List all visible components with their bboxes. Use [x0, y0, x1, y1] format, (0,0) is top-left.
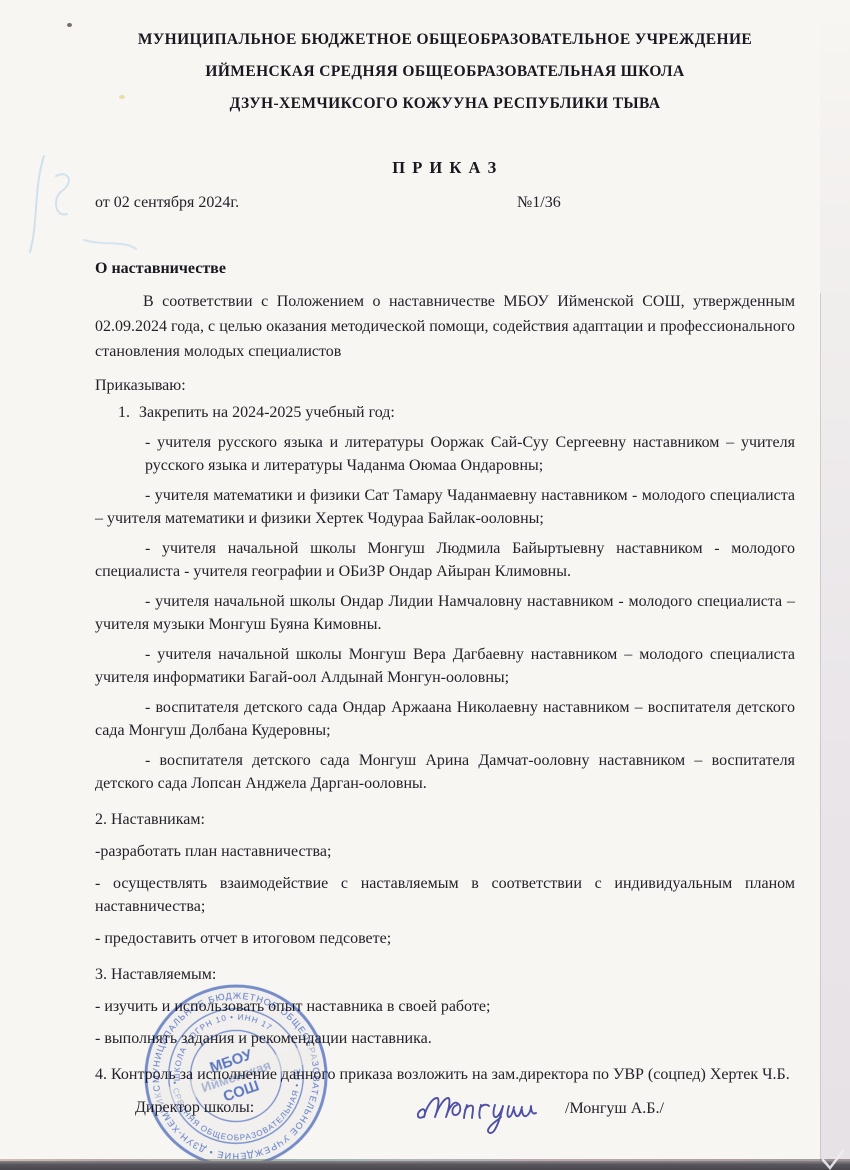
order-item-2-sub: - предоставить отчет в итоговом педсовет… — [95, 927, 795, 950]
signature-transcript: /Монгуш А.Б./ — [565, 1100, 664, 1118]
assignment-paragraph: - воспитателя детского сада Ондар Аржаан… — [95, 696, 795, 742]
order-item-3-heading: 3. Наставляемым: — [95, 963, 795, 986]
document-title: П Р И К А З — [95, 158, 795, 178]
assignment-paragraph: - воспитателя детского сада Монгуш Арина… — [95, 749, 795, 795]
corner-check-mark — [820, 1147, 846, 1170]
order-item-1-text: Закрепить на 2024-2025 учебный год: — [139, 404, 395, 421]
org-name-line-1: МУНИЦИПАЛЬНОЕ БЮДЖЕТНОЕ ОБЩЕОБРАЗОВАТЕЛЬ… — [95, 30, 795, 49]
org-name-line-2: ИЙМЕНСКАЯ СРЕДНЯЯ ОБЩЕОБРАЗОВАТЕЛЬНАЯ ШК… — [95, 62, 795, 81]
order-item-3-sub: - изучить и использовать опыт наставника… — [95, 995, 795, 1018]
order-item-2-sub: - осуществлять взаимодействие с наставля… — [95, 872, 795, 918]
assignment-paragraph: - учителя начальной школы Монгуш Людмила… — [95, 537, 795, 583]
signature-role: Директор школы: — [135, 1099, 254, 1116]
scan-edge-bottom — [0, 1161, 850, 1170]
order-item-2-heading: 2. Наставникам: — [95, 808, 795, 831]
document-number: №1/36 — [517, 194, 561, 212]
subject-line: О наставничестве — [95, 260, 795, 278]
order-item-1-number: 1. — [118, 404, 130, 421]
signature-row: Директор школы: /Монгуш А.Б./ — [95, 1099, 795, 1145]
document-date: от 02 сентября 2024г. — [95, 194, 239, 211]
document-body: МУНИЦИПАЛЬНОЕ БЮДЖЕТНОЕ ОБЩЕОБРАЗОВАТЕЛЬ… — [0, 0, 850, 1145]
assignment-paragraph: - учителя начальной школы Монгуш Вера Да… — [95, 643, 795, 689]
assignment-paragraph: - учителя начальной школы Ондар Лидии На… — [95, 590, 795, 636]
scan-edge-right — [820, 0, 850, 1170]
assignment-paragraph: - учителя математики и физики Сат Тамару… — [95, 484, 795, 530]
assignment-paragraph: - учителя русского языка и литературы Оо… — [145, 431, 795, 477]
decree-word: Приказываю: — [95, 377, 795, 395]
org-name-block: МУНИЦИПАЛЬНОЕ БЮДЖЕТНОЕ ОБЩЕОБРАЗОВАТЕЛЬ… — [95, 30, 795, 113]
scanned-order-document: МУНИЦИПАЛЬНОЕ БЮДЖЕТНОЕ ОБЩЕОБРАЗОВАТЕЛЬ… — [0, 0, 850, 1170]
date-number-row: от 02 сентября 2024г. №1/36 — [95, 194, 795, 216]
handwritten-signature — [413, 1083, 543, 1135]
org-name-line-3: ДЗУН-ХЕМЧИКСОГО КОЖУУНА РЕСПУБЛИКИ ТЫВА — [95, 94, 795, 113]
order-item-2-sub: -разработать план наставничества; — [95, 840, 795, 863]
intro-paragraph: В соответствии с Положением о наставниче… — [95, 289, 795, 364]
order-item-3-sub: - выполнять задания и рекомендации наста… — [95, 1027, 795, 1050]
order-item-1: 1.Закрепить на 2024-2025 учебный год: — [118, 404, 795, 422]
